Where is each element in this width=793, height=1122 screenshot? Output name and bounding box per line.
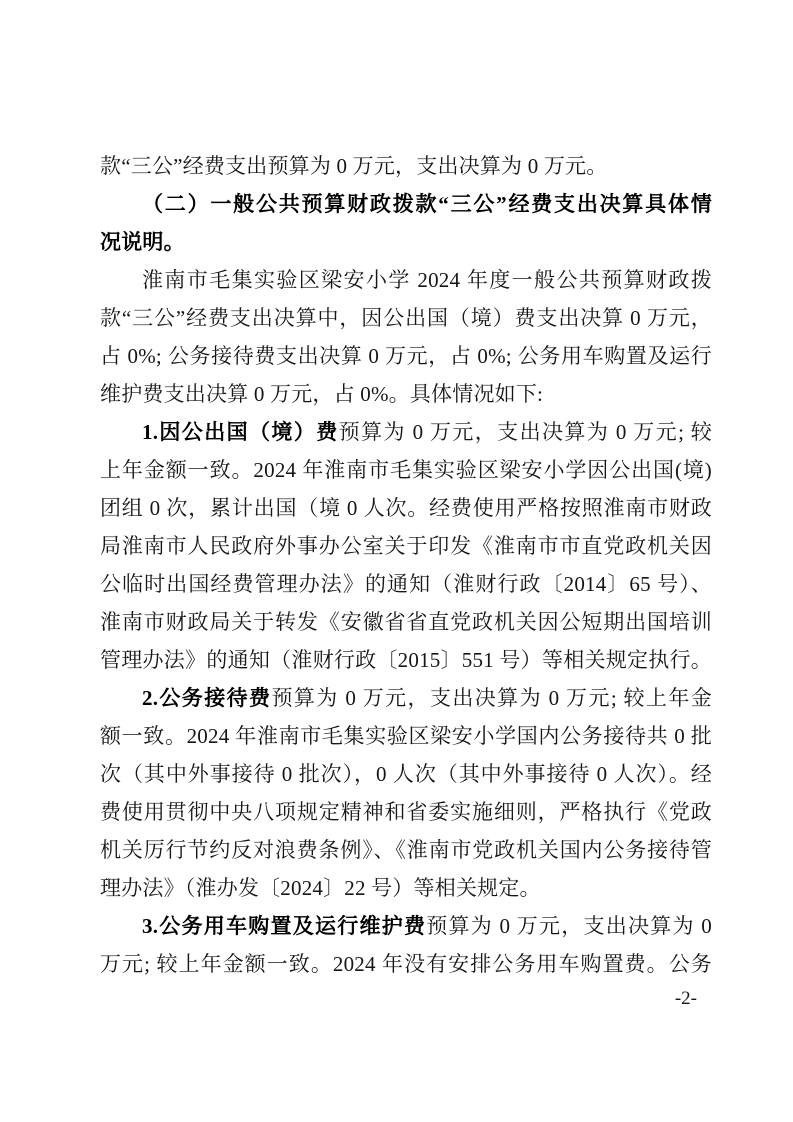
line-bold-text: （二）一般公共预算财政拨款“三公”经费支出决算具体情 (142, 192, 712, 216)
page-number: -2- (675, 988, 697, 1010)
text-line: 维护费支出决算 0 万元，占 0%。具体情况如下: (100, 375, 712, 413)
line-bold-text: 况说明。 (100, 230, 185, 254)
document-body: 款“三公”经费支出预算为 0 万元，支出决算为 0 万元。 （二）一般公共预算财… (100, 147, 712, 983)
text-line: 淮南市财政局关于转发《安徽省省直党政机关因公短期出国培训 (100, 603, 712, 641)
text-line: 团组 0 次，累计出国（境 0 人次。经费使用严格按照淮南市财政 (100, 489, 712, 527)
text-line: 上年金额一致。2024 年淮南市毛集实验区梁安小学因公出国(境) (100, 451, 712, 489)
numbered-item-line: 2.公务接待费预算为 0 万元，支出决算为 0 万元; 较上年金 (100, 679, 712, 717)
line-text: 团组 0 次，累计出国（境 0 人次。经费使用严格按照淮南市财政 (100, 496, 712, 520)
text-line: 款“三公”经费支出预算为 0 万元，支出决算为 0 万元。 (100, 147, 712, 185)
line-text: 淮南市财政局关于转发《安徽省省直党政机关因公短期出国培训 (100, 610, 712, 634)
line-text: 维护费支出决算 0 万元，占 0%。具体情况如下: (100, 382, 543, 406)
line-text: 款“三公”经费支出预算为 0 万元，支出决算为 0 万元。 (100, 154, 607, 178)
text-line: 公临时出国经费管理办法》的通知（淮财行政〔2014〕65 号）、 (100, 565, 712, 603)
line-text: 额一致。2024 年淮南市毛集实验区梁安小学国内公务接待共 0 批 (100, 724, 712, 748)
text-line: 管理办法》的通知（淮财行政〔2015〕551 号）等相关规定执行。 (100, 641, 712, 679)
line-text: 次（其中外事接待 0 批次），0 人次（其中外事接待 0 人次）。经 (100, 762, 712, 786)
text-line: 次（其中外事接待 0 批次），0 人次（其中外事接待 0 人次）。经 (100, 755, 712, 793)
line-text: 费使用贯彻中央八项规定精神和省委实施细则，严格执行《党政 (100, 800, 712, 824)
line-text: 公临时出国经费管理办法》的通知（淮财行政〔2014〕65 号）、 (100, 572, 712, 596)
line-text: 预算为 0 万元，支出决算为 0 万元; 较 (339, 420, 712, 444)
line-bold-text: 1.因公出国（境）费 (142, 420, 339, 444)
line-text: 占 0%; 公务接待费支出决算 0 万元，占 0%; 公务用车购置及运行 (100, 344, 712, 368)
numbered-item-line: 1.因公出国（境）费预算为 0 万元，支出决算为 0 万元; 较 (100, 413, 712, 451)
line-text: 款“三公”经费支出决算中，因公出国（境）费支出决算 0 万元， (100, 306, 712, 330)
text-line: 理办法》（淮办发〔2024〕22 号）等相关规定。 (100, 869, 712, 907)
line-text: 管理办法》的通知（淮财行政〔2015〕551 号）等相关规定执行。 (100, 648, 712, 672)
section-heading: （二）一般公共预算财政拨款“三公”经费支出决算具体情 (100, 185, 712, 223)
text-line: 占 0%; 公务接待费支出决算 0 万元，占 0%; 公务用车购置及运行 (100, 337, 712, 375)
line-text: 万元; 较上年金额一致。2024 年没有安排公务用车购置费。公务 (100, 952, 712, 976)
line-text: 机关厉行节约反对浪费条例》、《淮南市党政机关国内公务接待管 (100, 838, 712, 862)
text-line: 万元; 较上年金额一致。2024 年没有安排公务用车购置费。公务 (100, 945, 712, 983)
text-line: 款“三公”经费支出决算中，因公出国（境）费支出决算 0 万元， (100, 299, 712, 337)
line-text: 局淮南市人民政府外事办公室关于印发《淮南市市直党政机关因 (100, 534, 712, 558)
line-text: 淮南市毛集实验区梁安小学 2024 年度一般公共预算财政拨 (142, 268, 712, 292)
line-text: 预算为 0 万元，支出决算为 0 (426, 914, 712, 938)
text-line: 局淮南市人民政府外事办公室关于印发《淮南市市直党政机关因 (100, 527, 712, 565)
text-line: 费使用贯彻中央八项规定精神和省委实施细则，严格执行《党政 (100, 793, 712, 831)
numbered-item-line: 3.公务用车购置及运行维护费预算为 0 万元，支出决算为 0 (100, 907, 712, 945)
line-text: 预算为 0 万元，支出决算为 0 万元; 较上年金 (271, 686, 712, 710)
line-bold-text: 3.公务用车购置及运行维护费 (142, 914, 426, 938)
document-page: 款“三公”经费支出预算为 0 万元，支出决算为 0 万元。 （二）一般公共预算财… (0, 0, 793, 1122)
line-text: 上年金额一致。2024 年淮南市毛集实验区梁安小学因公出国(境) (100, 458, 712, 482)
text-line: 淮南市毛集实验区梁安小学 2024 年度一般公共预算财政拨 (100, 261, 712, 299)
text-line: 额一致。2024 年淮南市毛集实验区梁安小学国内公务接待共 0 批 (100, 717, 712, 755)
line-text: 理办法》（淮办发〔2024〕22 号）等相关规定。 (100, 876, 541, 900)
line-bold-text: 2.公务接待费 (142, 686, 271, 710)
section-heading: 况说明。 (100, 223, 712, 261)
text-line: 机关厉行节约反对浪费条例》、《淮南市党政机关国内公务接待管 (100, 831, 712, 869)
